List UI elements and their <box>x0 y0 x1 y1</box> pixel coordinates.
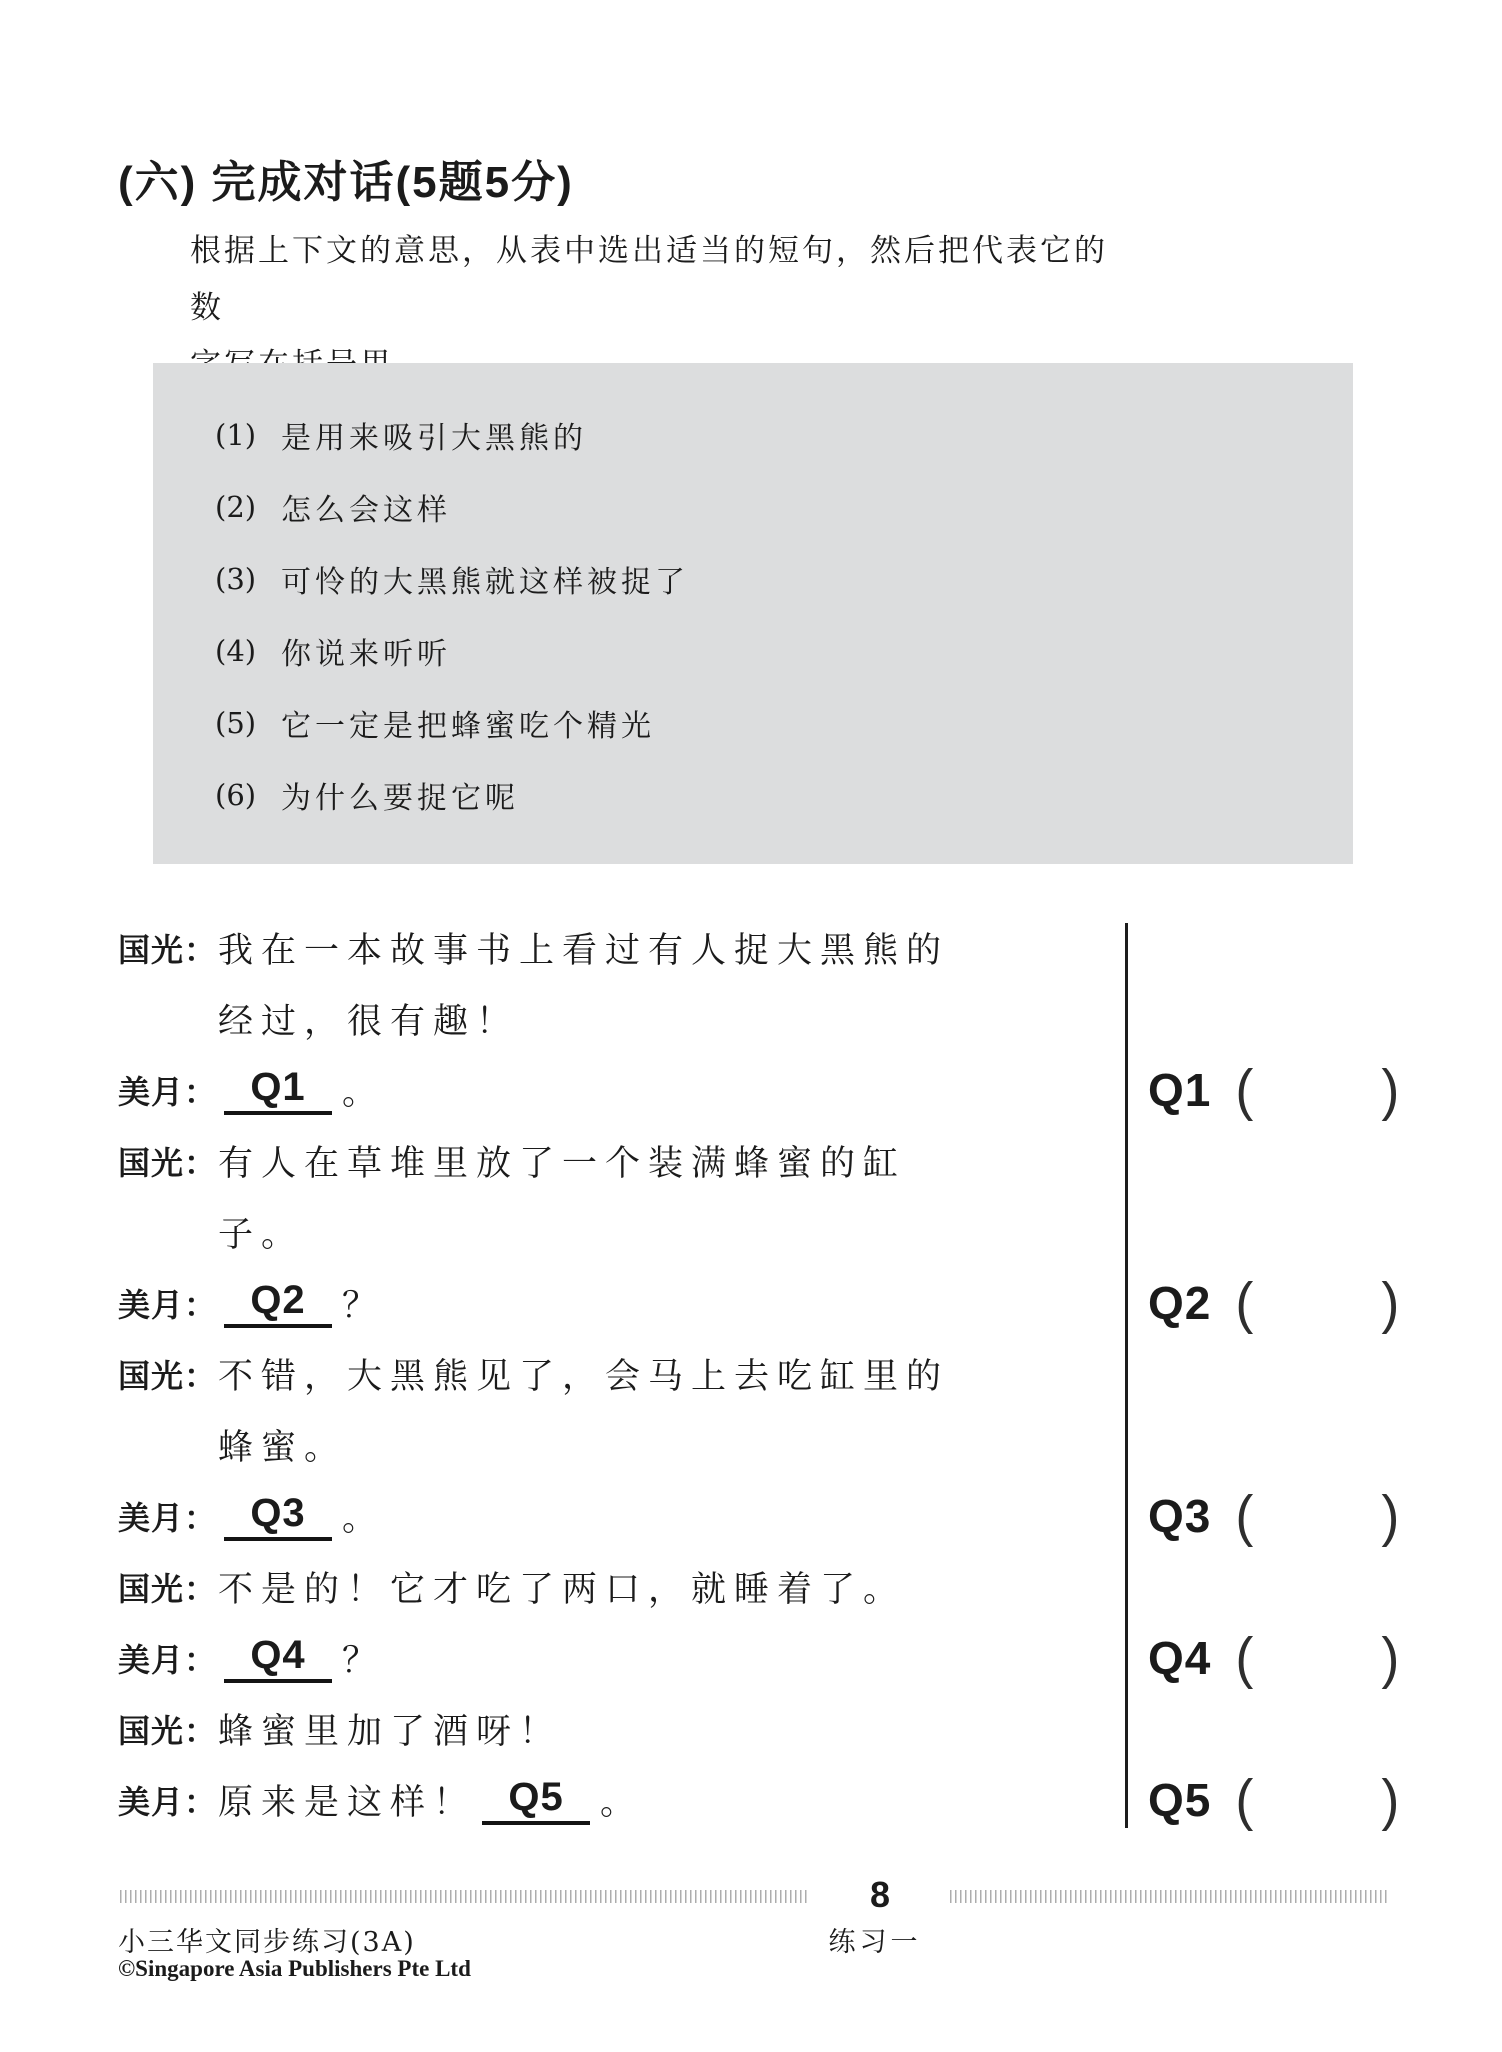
answer-slot-q3[interactable]: Q3 ( ) <box>1148 1480 1478 1551</box>
answer-slot-q5[interactable]: Q5 ( ) <box>1148 1764 1478 1835</box>
dialogue-text: 蜂蜜。 <box>218 1420 347 1470</box>
close-paren: ) <box>1381 1057 1399 1122</box>
option-number: (6) <box>215 778 267 812</box>
dialogue-line: 国光： 不是的！它才吃了两口，就睡着了。 <box>118 1551 1118 1622</box>
option-row: (1) 是用来吸引大黑熊的 <box>215 399 689 471</box>
footer-rule-right <box>950 1890 1390 1903</box>
dialogue-line: 经过，很有趣！ <box>118 983 1118 1054</box>
dialogue-line: 国光： 蜂蜜里加了酒呀！ <box>118 1693 1118 1764</box>
speaker-label: 美月： <box>118 1635 218 1681</box>
dialogue-line: 国光： 我在一本故事书上看过有人捉大黑熊的 <box>118 912 1118 983</box>
option-row: (5) 它一定是把蜂蜜吃个精光 <box>215 687 689 759</box>
dialogue-punctuation: ？ <box>342 1278 385 1328</box>
answer-label: Q4 <box>1148 1631 1211 1685</box>
footer-book-title: 小三华文同步练习(3A) <box>118 1920 416 1959</box>
dialogue-line: 国光： 有人在草堆里放了一个装满蜂蜜的缸 <box>118 1125 1118 1196</box>
fill-in-blank[interactable]: Q3 <box>224 1491 332 1541</box>
speaker-label: 美月： <box>118 1280 218 1326</box>
dialogue-line: 美月： Q4 ？ <box>118 1622 1118 1693</box>
dialogue-punctuation: 。 <box>342 1491 385 1541</box>
speaker-label: 国光： <box>118 1138 218 1184</box>
dialogue-punctuation: ？ <box>342 1633 385 1683</box>
dialogue: 国光： 我在一本故事书上看过有人捉大黑熊的 经过，很有趣！ 美月： Q1 。 国… <box>118 912 1118 1835</box>
answer-slot-q4[interactable]: Q4 ( ) <box>1148 1622 1478 1693</box>
option-row: (4) 你说来听听 <box>215 615 689 687</box>
dialogue-line: 美月： Q2 ？ <box>118 1267 1118 1338</box>
speaker-label: 美月： <box>118 1067 218 1113</box>
dialogue-line: 美月： 原来是这样！ Q5 。 <box>118 1764 1118 1835</box>
options-box: (1) 是用来吸引大黑熊的 (2) 怎么会这样 (3) 可怜的大黑熊就这样被捉了… <box>153 363 1353 864</box>
dialogue-line: 美月： Q3 。 <box>118 1480 1118 1551</box>
close-paren: ) <box>1381 1270 1399 1335</box>
fill-in-blank[interactable]: Q1 <box>224 1065 332 1115</box>
open-paren: ( <box>1235 1625 1253 1690</box>
close-paren: ) <box>1381 1625 1399 1690</box>
dialogue-text: 原来是这样！ <box>218 1775 476 1825</box>
option-row: (2) 怎么会这样 <box>215 471 689 543</box>
dialogue-text: 不是的！它才吃了两口，就睡着了。 <box>218 1562 906 1612</box>
close-paren: ) <box>1381 1767 1399 1832</box>
footer-copyright: ©Singapore Asia Publishers Pte Ltd <box>118 1956 471 1982</box>
dialogue-punctuation: 。 <box>600 1775 643 1825</box>
options-list: (1) 是用来吸引大黑熊的 (2) 怎么会这样 (3) 可怜的大黑熊就这样被捉了… <box>215 399 689 831</box>
speaker-label: 国光： <box>118 925 218 971</box>
answer-label: Q2 <box>1148 1276 1211 1330</box>
answer-label: Q1 <box>1148 1063 1211 1117</box>
option-row: (6) 为什么要捉它呢 <box>215 759 689 831</box>
speaker-label: 国光： <box>118 1564 218 1610</box>
speaker-label: 国光： <box>118 1706 218 1752</box>
answer-label: Q3 <box>1148 1489 1211 1543</box>
footer-rule-left <box>120 1890 810 1903</box>
answer-label: Q5 <box>1148 1773 1211 1827</box>
page-number: 8 <box>845 1874 915 1916</box>
option-number: (1) <box>215 418 267 452</box>
open-paren: ( <box>1235 1767 1253 1832</box>
dialogue-line: 美月： Q1 。 <box>118 1054 1118 1125</box>
option-row: (3) 可怜的大黑熊就这样被捉了 <box>215 543 689 615</box>
dialogue-text: 子。 <box>218 1207 304 1257</box>
section-title: (六) 完成对话(5题5分) <box>118 146 574 210</box>
fill-in-blank[interactable]: Q4 <box>224 1633 332 1683</box>
dialogue-text: 有人在草堆里放了一个装满蜂蜜的缸 <box>218 1136 906 1186</box>
answer-slot-q2[interactable]: Q2 ( ) <box>1148 1267 1478 1338</box>
option-text: 它一定是把蜂蜜吃个精光 <box>281 701 655 745</box>
speaker-label: 美月： <box>118 1493 218 1539</box>
option-number: (5) <box>215 706 267 740</box>
dialogue-text: 经过，很有趣！ <box>218 994 519 1044</box>
fill-in-blank[interactable]: Q2 <box>224 1278 332 1328</box>
option-text: 为什么要捉它呢 <box>281 773 519 817</box>
option-number: (3) <box>215 562 267 596</box>
option-number: (2) <box>215 490 267 524</box>
fill-in-blank[interactable]: Q5 <box>482 1775 590 1825</box>
dialogue-line: 蜂蜜。 <box>118 1409 1118 1480</box>
dialogue-line: 国光： 不错，大黑熊见了，会马上去吃缸里的 <box>118 1338 1118 1409</box>
dialogue-punctuation: 。 <box>342 1065 385 1115</box>
speaker-label: 国光： <box>118 1351 218 1397</box>
instructions-line-1: 根据上下文的意思，从表中选出适当的短句，然后把代表它的数 <box>190 222 1110 336</box>
answer-column-divider <box>1125 923 1128 1828</box>
option-number: (4) <box>215 634 267 668</box>
dialogue-text: 蜂蜜里加了酒呀！ <box>218 1704 562 1754</box>
option-text: 可怜的大黑熊就这样被捉了 <box>281 557 689 601</box>
open-paren: ( <box>1235 1057 1253 1122</box>
dialogue-text: 我在一本故事书上看过有人捉大黑熊的 <box>218 923 949 973</box>
footer-exercise-name: 练习一 <box>800 1920 950 1959</box>
worksheet-page: (六) 完成对话(5题5分) 根据上下文的意思，从表中选出适当的短句，然后把代表… <box>0 0 1502 2052</box>
open-paren: ( <box>1235 1483 1253 1548</box>
option-text: 你说来听听 <box>281 629 451 673</box>
speaker-label: 美月： <box>118 1777 218 1823</box>
dialogue-line: 子。 <box>118 1196 1118 1267</box>
option-text: 是用来吸引大黑熊的 <box>281 413 587 457</box>
dialogue-text: 不错，大黑熊见了，会马上去吃缸里的 <box>218 1349 949 1399</box>
option-text: 怎么会这样 <box>281 485 451 529</box>
answer-slot-q1[interactable]: Q1 ( ) <box>1148 1054 1478 1125</box>
open-paren: ( <box>1235 1270 1253 1335</box>
close-paren: ) <box>1381 1483 1399 1548</box>
